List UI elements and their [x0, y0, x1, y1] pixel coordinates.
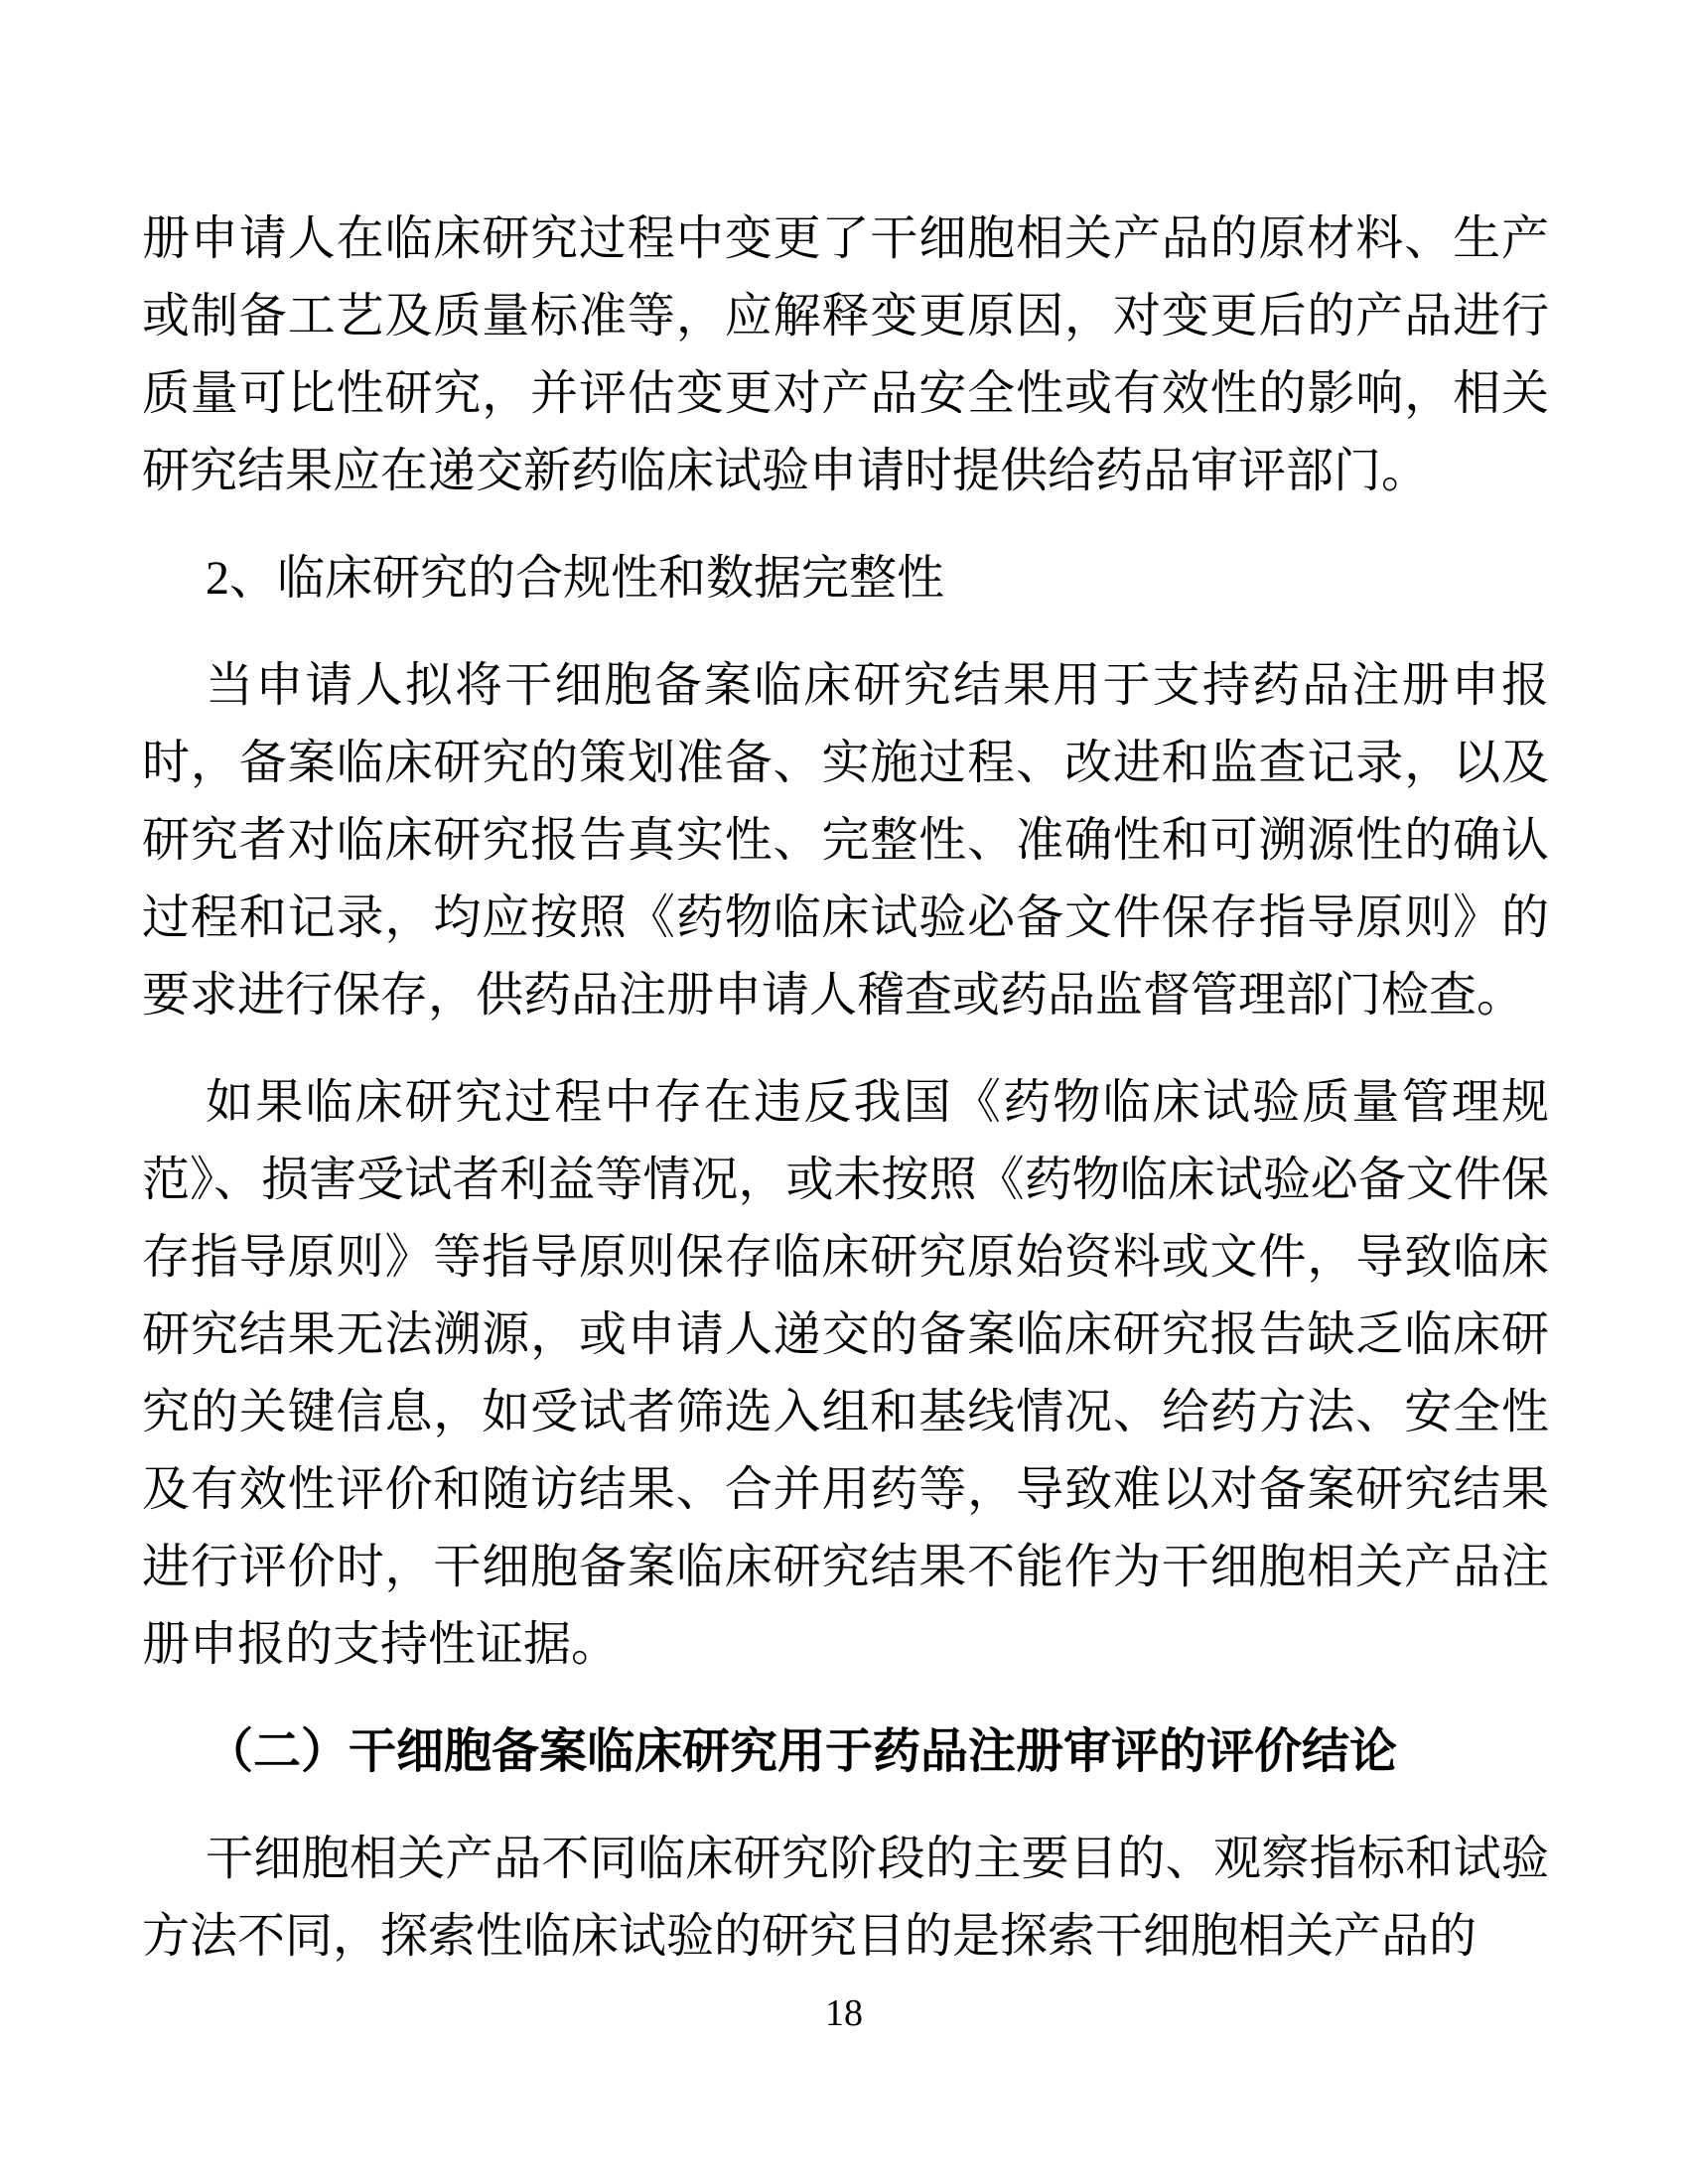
- paragraph-clinical-stages: 干细胞相关产品不同临床研究阶段的主要目的、观察指标和试验方法不同，探索性临床试验…: [142, 1821, 1549, 1976]
- paragraph-violation-consequences: 如果临床研究过程中存在违反我国《药物临床试验质量管理规范》、损害受试者利益等情况…: [142, 1064, 1549, 1684]
- section-heading-evaluation-conclusion: （二）干细胞备案临床研究用于药品注册审评的评价结论: [142, 1713, 1549, 1791]
- page-content: 册申请人在临床研究过程中变更了干细胞相关产品的原材料、生产或制备工艺及质量标准等…: [142, 201, 1549, 2005]
- document-page: 册申请人在临床研究过程中变更了干细胞相关产品的原材料、生产或制备工艺及质量标准等…: [0, 0, 1688, 2184]
- page-number: 18: [0, 1988, 1688, 2038]
- paragraph-registration-change: 册申请人在临床研究过程中变更了干细胞相关产品的原材料、生产或制备工艺及质量标准等…: [142, 201, 1549, 510]
- section-heading-compliance: 2、临床研究的合规性和数据完整性: [142, 540, 1549, 617]
- paragraph-record-keeping: 当申请人拟将干细胞备案临床研究结果用于支持药品注册申报时，备案临床研究的策划准备…: [142, 647, 1549, 1034]
